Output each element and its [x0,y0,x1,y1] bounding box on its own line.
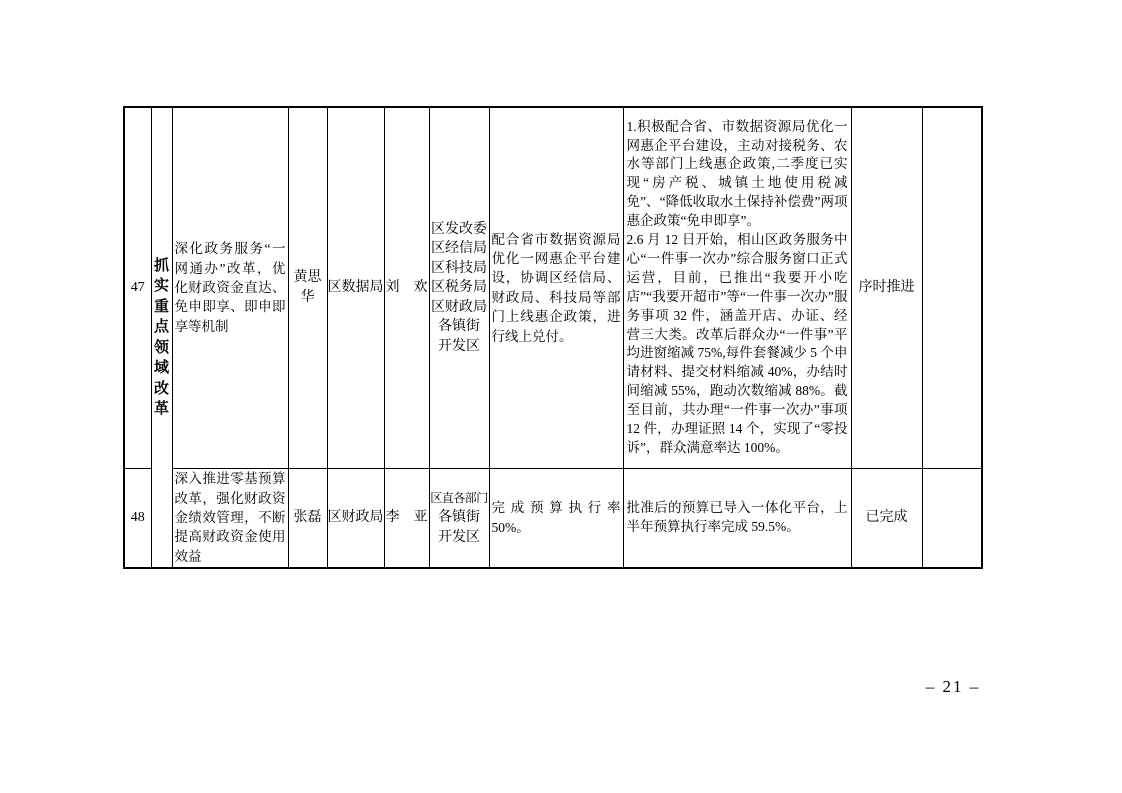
contact-cell: 刘 欢 [384,107,429,468]
remark-cell [922,107,982,468]
progress-cell: 1.积极配合省、市数据资源局优化一网惠企平台建设，主动对接税务、农水等部门上线惠… [623,107,851,468]
semiannual-target-cell: 完成预算执行率 50%。 [489,468,623,568]
responsible-unit: 区发改委 [430,220,489,240]
responsible-unit: 区税务局 [430,278,489,298]
remark-cell [922,468,982,568]
lead-unit-cell: 区数据局 [327,107,384,468]
semiannual-target-cell: 配合省市数据资源局优化一网惠企平台建设，协调区经信局、财政局、科技局等部门上线惠… [489,107,623,468]
responsible-unit: 开发区 [430,337,489,357]
leader-cell: 黄思华 [288,107,327,468]
semiannual-target-text: 配合省市数据资源局优化一网惠企平台建设，协调区经信局、财政局、科技局等部门上线惠… [490,230,623,346]
contact-cell: 李 亚 [384,468,429,568]
responsible-unit: 各镇街 [430,508,489,528]
task-cell: 深入推进零基预算改革，强化财政资金绩效管理，不断提高财政资金使用效益 [172,468,288,568]
progress-cell: 批准后的预算已导入一体化平台，上半年预算执行率完成 59.5%。 [623,468,851,568]
responsible-unit: 区科技局 [430,259,489,279]
progress-paragraph: 1.积极配合省、市数据资源局优化一网惠企平台建设，主动对接税务、农水等部门上线惠… [624,118,851,231]
responsible-unit: 区财政局 [430,298,489,318]
table-row-47: 47 抓实重点领域改革 深化政务服务“一网通办”改革，优化财政资金直达、免申即享… [124,107,982,468]
responsible-unit: 各镇街 [430,317,489,337]
document-page: 47 抓实重点领域改革 深化政务服务“一网通办”改革，优化财政资金直达、免申即享… [0,0,1122,793]
page-number: – 21 – [898,677,1008,697]
responsible-units-cell: 区发改委 区经信局 区科技局 区税务局 区财政局 各镇街 开发区 [429,107,489,468]
status-cell: 已完成 [851,468,922,568]
progress-paragraph: 批准后的预算已导入一体化平台，上半年预算执行率完成 59.5%。 [624,499,851,537]
semiannual-target-text: 完成预算执行率 50%。 [490,498,623,537]
status-cell: 序时推进 [851,107,922,468]
task-cell: 深化政务服务“一网通办”改革，优化财政资金直达、免申即享、即申即享等机制 [172,107,288,468]
lead-unit-cell: 区财政局 [327,468,384,568]
task-text: 深化政务服务“一网通办”改革，优化财政资金直达、免申即享、即申即享等机制 [173,239,288,336]
responsible-unit: 开发区 [430,528,489,548]
responsible-units-cell: 区直各部门 各镇街 开发区 [429,468,489,568]
responsible-unit: 区经信局 [430,239,489,259]
seq-cell: 47 [124,107,151,468]
task-text: 深入推进零基预算改革，强化财政资金绩效管理，不断提高财政资金使用效益 [173,469,288,566]
category-cell: 抓实重点领域改革 [151,107,172,568]
table-row-48: 48 深入推进零基预算改革，强化财政资金绩效管理，不断提高财政资金使用效益 张磊… [124,468,982,568]
category-vertical-label: 抓实重点领域改革 [154,256,170,420]
work-progress-table: 47 抓实重点领域改革 深化政务服务“一网通办”改革，优化财政资金直达、免申即享… [123,106,983,569]
seq-cell: 48 [124,468,151,568]
responsible-unit: 区直各部门 [430,489,489,509]
leader-cell: 张磊 [288,468,327,568]
progress-paragraph: 2.6 月 12 日开始，相山区政务服务中心“一件事一次办”综合服务窗口正式运营… [624,231,851,458]
